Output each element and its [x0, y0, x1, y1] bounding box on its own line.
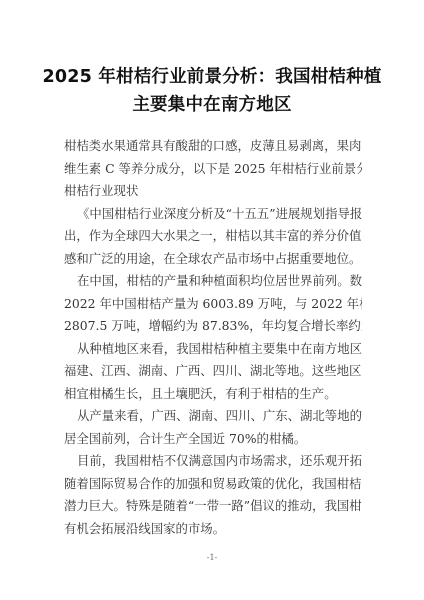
page-number: -1-: [0, 553, 424, 562]
export-paragraph: 目前，我国柑桔不仅满意国内市场需求，还乐观开拓国际市场。 随着国际贸易合作的加强…: [64, 450, 362, 540]
section-heading: 柑桔行业现状: [64, 180, 362, 203]
text-line: 居全国前列，合计生产全国近 70%的柑橘。: [64, 428, 362, 451]
text-line: 有机会拓展沿线国家的市场。: [64, 518, 362, 541]
text-line: 《中国柑桔行业深度分析及“十五五”进展规划指导报告》指: [64, 203, 362, 226]
text-line: 目前，我国柑桔不仅满意国内市场需求，还乐观开拓国际市场。: [64, 450, 362, 473]
text-line: 柑桔类水果通常具有酸甜的口感，皮薄且易剥离，果肉多汁，富含: [64, 135, 362, 158]
text-line: 感和广泛的用途，在全球农产品市场中占据重要地位。: [64, 248, 362, 271]
document-body: 柑桔类水果通常具有酸甜的口感，皮薄且易剥离，果肉多汁，富含 维生素 C 等养分成…: [64, 135, 362, 540]
production-paragraph: 在中国，柑桔的产量和种植面积均位居世界前列。数据显示， 2022 年中国柑桔产量…: [64, 270, 362, 338]
document-page: 2025 年柑桔行业前景分析：我国柑桔种植 主要集中在南方地区 柑桔类水果通常具…: [0, 0, 424, 600]
intro-paragraph: 柑桔类水果通常具有酸甜的口感，皮薄且易剥离，果肉多汁，富含 维生素 C 等养分成…: [64, 135, 362, 180]
text-line: 维生素 C 等养分成分，以下是 2025 年柑桔行业前景分析。: [64, 158, 362, 181]
text-line: 潜力巨大。特殊是随着“一带一路”倡议的推动，我国柑桔产业将: [64, 495, 362, 518]
text-line: 福建、江西、湖南、广西、四川、湖北等地。这些地区的气候条件: [64, 360, 362, 383]
report-paragraph: 《中国柑桔行业深度分析及“十五五”进展规划指导报告》指 出，作为全球四大水果之一…: [64, 203, 362, 271]
region-paragraph: 从种植地区来看，我国柑桔种植主要集中在南方地区，如广东、 福建、江西、湖南、广西…: [64, 338, 362, 406]
text-line: 从产量来看，广西、湖南、四川、广东、湖北等地的柑桔产量位: [64, 405, 362, 428]
title-line-1: 2025 年柑桔行业前景分析：我国柑桔种植: [40, 63, 384, 91]
text-line: 2022 年中国柑桔产量为 6003.89 万吨，与 2022 年相比增长了: [64, 293, 362, 316]
text-line: 随着国际贸易合作的加强和贸易政策的优化，我国柑桔的出口市场: [64, 473, 362, 496]
text-line: 出，作为全球四大水果之一，柑桔以其丰富的养分价值、独特的口: [64, 225, 362, 248]
document-title: 2025 年柑桔行业前景分析：我国柑桔种植 主要集中在南方地区: [40, 63, 384, 119]
text-line: 相宜柑橘生长，且土壤肥沃，有利于柑桔的生产。: [64, 383, 362, 406]
text-line: 2807.5 万吨，增幅约为 87.83%，年均复合增长率约为 7.26%。: [64, 315, 362, 338]
heading-text: 柑桔行业现状: [64, 180, 362, 203]
text-line: 从种植地区来看，我国柑桔种植主要集中在南方地区，如广东、: [64, 338, 362, 361]
output-paragraph: 从产量来看，广西、湖南、四川、广东、湖北等地的柑桔产量位 居全国前列，合计生产全…: [64, 405, 362, 450]
title-line-2: 主要集中在南方地区: [40, 91, 384, 119]
text-line: 在中国，柑桔的产量和种植面积均位居世界前列。数据显示，: [64, 270, 362, 293]
